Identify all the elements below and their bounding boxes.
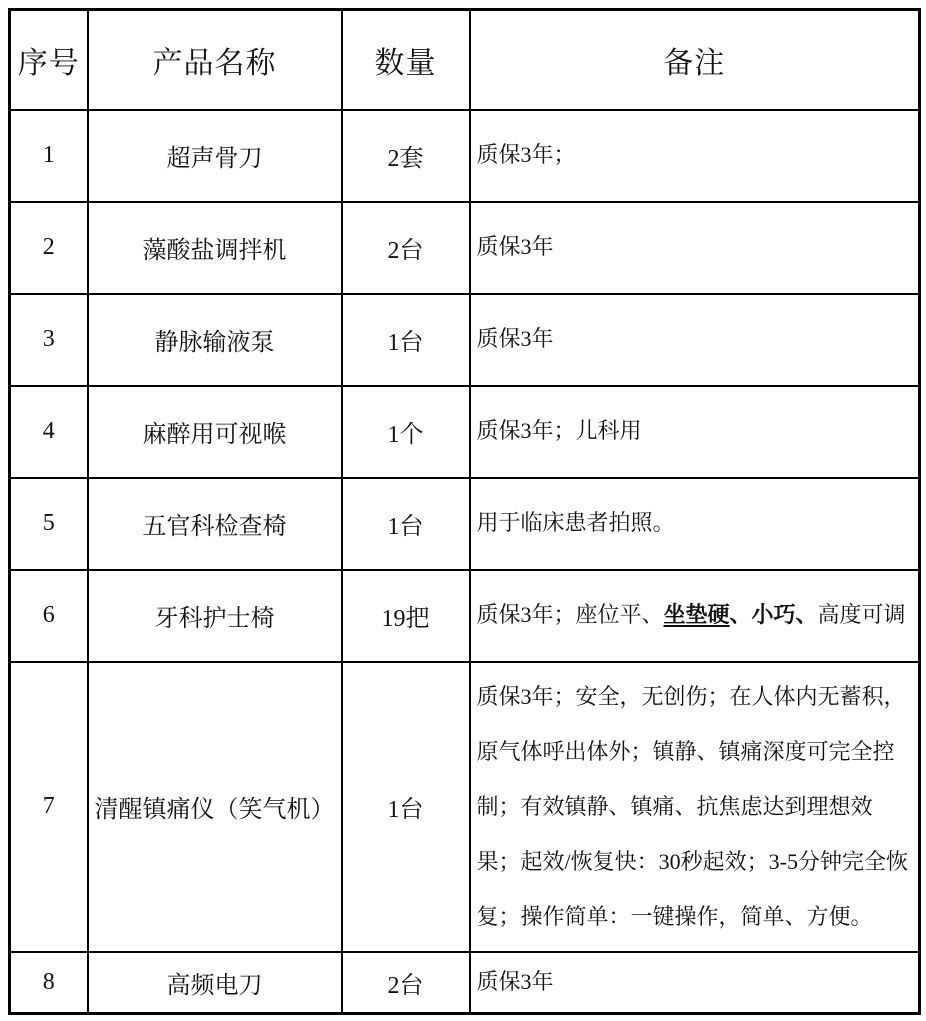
cell-quantity: 1台	[342, 478, 470, 570]
cell-serial-number: 2	[10, 202, 88, 294]
remark-segment: 质保3年；儿科用	[477, 418, 642, 443]
cell-serial-number: 8	[10, 952, 88, 1014]
table-row: 1超声骨刀2套质保3年；	[10, 110, 920, 202]
cell-quantity: 1台	[342, 294, 470, 386]
product-table: 序号产品名称数量备注 1超声骨刀2套质保3年；2藻酸盐调拌机2台质保3年3静脉输…	[8, 8, 921, 1015]
remark-segment: 质保3年；安全，无创伤；在人体内无蓄积，原气体呼出体外；镇静、镇痛深度可完全控制…	[477, 684, 908, 929]
table-row: 3静脉输液泵1台质保3年	[10, 294, 920, 386]
remark-segment: 质保3年	[477, 234, 554, 259]
cell-product-name: 高频电刀	[88, 952, 342, 1014]
table-row: 8高频电刀2台质保3年	[10, 952, 920, 1014]
column-header-qty: 数量	[342, 10, 470, 110]
cell-quantity: 1个	[342, 386, 470, 478]
cell-product-name: 静脉输液泵	[88, 294, 342, 386]
cell-serial-number: 1	[10, 110, 88, 202]
table-row: 7清醒镇痛仪（笑气机）1台质保3年；安全，无创伤；在人体内无蓄积，原气体呼出体外…	[10, 662, 920, 952]
cell-remark: 质保3年	[470, 952, 920, 1014]
cell-serial-number: 4	[10, 386, 88, 478]
cell-product-name: 藻酸盐调拌机	[88, 202, 342, 294]
remark-segment: 用于临床患者拍照。	[477, 510, 675, 535]
cell-serial-number: 3	[10, 294, 88, 386]
cell-quantity: 2台	[342, 952, 470, 1014]
cell-remark: 质保3年	[470, 294, 920, 386]
remark-segment: 质保3年；座位平、	[477, 602, 664, 627]
cell-product-name: 牙科护士椅	[88, 570, 342, 662]
cell-quantity: 2套	[342, 110, 470, 202]
cell-remark: 质保3年	[470, 202, 920, 294]
column-header-remark: 备注	[470, 10, 920, 110]
cell-serial-number: 6	[10, 570, 88, 662]
cell-serial-number: 5	[10, 478, 88, 570]
remark-segment: 高度可调	[818, 602, 906, 627]
cell-quantity: 19把	[342, 570, 470, 662]
table-body: 1超声骨刀2套质保3年；2藻酸盐调拌机2台质保3年3静脉输液泵1台质保3年4麻醉…	[10, 110, 920, 1014]
column-header-index: 序号	[10, 10, 88, 110]
table-header-row: 序号产品名称数量备注	[10, 10, 920, 110]
cell-remark: 用于临床患者拍照。	[470, 478, 920, 570]
remark-segment: 质保3年；	[477, 142, 576, 167]
remark-segment: 坐垫硬	[664, 602, 730, 627]
cell-product-name: 五官科检查椅	[88, 478, 342, 570]
cell-product-name: 超声骨刀	[88, 110, 342, 202]
table-row: 6牙科护士椅19把质保3年；座位平、坐垫硬、小巧、高度可调	[10, 570, 920, 662]
cell-remark: 质保3年；座位平、坐垫硬、小巧、高度可调	[470, 570, 920, 662]
cell-product-name: 清醒镇痛仪（笑气机）	[88, 662, 342, 952]
table-row: 4麻醉用可视喉1个质保3年；儿科用	[10, 386, 920, 478]
document-page: 序号产品名称数量备注 1超声骨刀2套质保3年；2藻酸盐调拌机2台质保3年3静脉输…	[0, 0, 926, 1021]
cell-remark: 质保3年；	[470, 110, 920, 202]
table-row: 5五官科检查椅1台用于临床患者拍照。	[10, 478, 920, 570]
remark-segment: 质保3年	[477, 969, 554, 994]
cell-product-name: 麻醉用可视喉	[88, 386, 342, 478]
table-row: 2藻酸盐调拌机2台质保3年	[10, 202, 920, 294]
column-header-name: 产品名称	[88, 10, 342, 110]
cell-remark: 质保3年；安全，无创伤；在人体内无蓄积，原气体呼出体外；镇静、镇痛深度可完全控制…	[470, 662, 920, 952]
cell-remark: 质保3年；儿科用	[470, 386, 920, 478]
cell-quantity: 1台	[342, 662, 470, 952]
cell-serial-number: 7	[10, 662, 88, 952]
remark-segment: 、小巧、	[730, 602, 818, 627]
cell-quantity: 2台	[342, 202, 470, 294]
remark-segment: 质保3年	[477, 326, 554, 351]
